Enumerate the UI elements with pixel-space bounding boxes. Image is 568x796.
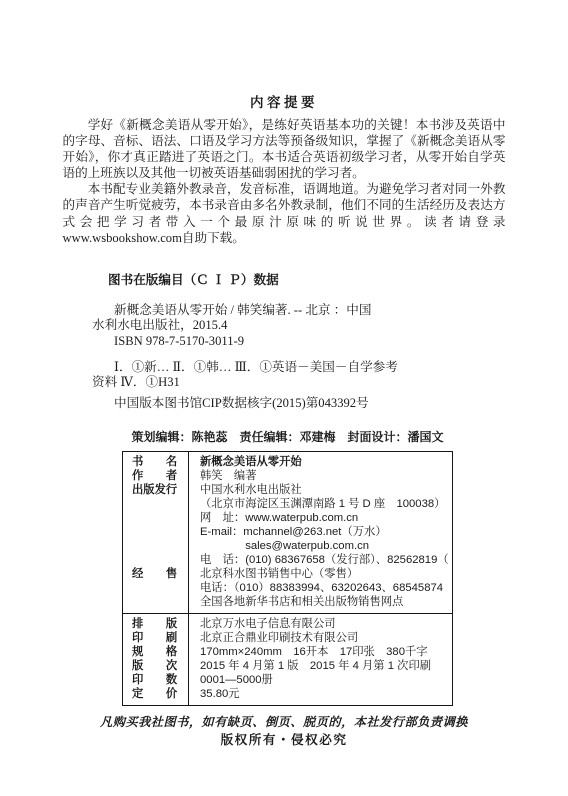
row-value: 北京正合鼎业印刷技术有限公司 xyxy=(188,631,452,645)
row-label: 定 价 xyxy=(123,687,188,701)
row-value: 35.80元 xyxy=(188,687,452,701)
table-row: 作 者韩笑 编著 xyxy=(123,469,452,483)
table-row: 印 刷北京正合鼎业印刷技术有限公司 xyxy=(123,631,452,645)
table-row: 书 名新概念美语从零开始 xyxy=(123,455,452,469)
row-value-line: E-mail：mchannel@263.net（万水） xyxy=(200,525,449,539)
summary-paragraph: 学好《新概念美语从零开始》，是练好英语基本功的关键！本书涉及英语中的字母、音标、… xyxy=(63,117,506,181)
row-label: 经 售 xyxy=(123,567,188,581)
cip-title: 图书在版编目（Ｃ Ｉ Ｐ）数据 xyxy=(108,273,568,287)
row-value-line: （北京市海淀区玉渊潭南路 1 号 D 座 100038） xyxy=(200,497,449,511)
summary-paragraph: 本书配专业美籍外教录音，发音标准，语调地道。为避免学习者对同一外教的声音产生听觉… xyxy=(63,181,506,245)
row-value-line: 170mm×240mm 16开本 17印张 380千字 xyxy=(200,645,449,659)
colophon-table: 书 名新概念美语从零开始作 者韩笑 编著出版发行中国水利水电出版社（北京市海淀区… xyxy=(122,451,453,706)
cip-body: 新概念美语从零开始 / 韩笑编著. -- 北京 ：中国 水利水电出版社，2015… xyxy=(92,303,568,412)
table-row: 规 格170mm×240mm 16开本 17印张 380千字 xyxy=(123,645,452,659)
table-row: 定 价35.80元 xyxy=(123,687,452,701)
table-row: 出版发行中国水利水电出版社（北京市海淀区玉渊潭南路 1 号 D 座 100038… xyxy=(123,483,452,567)
table-row: 排 版北京万水电子信息有限公司 xyxy=(123,617,452,631)
row-value-line: 北京正合鼎业印刷技术有限公司 xyxy=(200,631,449,645)
row-value-line: 电话：（010）88383994、63202643、68545874 xyxy=(200,581,449,595)
row-value-line: 网 址：www.waterpub.com.cn xyxy=(200,511,449,525)
row-value: 中国水利水电出版社（北京市海淀区玉渊潭南路 1 号 D 座 100038）网 址… xyxy=(188,483,452,567)
table-row: 印 数0001—5000册 xyxy=(123,673,452,687)
row-value-line: 北京万水电子信息有限公司 xyxy=(200,617,449,631)
summary-title: 内容提要 xyxy=(0,96,568,110)
row-value: 0001—5000册 xyxy=(188,673,452,687)
row-value: 170mm×240mm 16开本 17印张 380千字 xyxy=(188,645,452,659)
cip-section: 图书在版编目（Ｃ Ｉ Ｐ）数据 新概念美语从零开始 / 韩笑编著. -- 北京 … xyxy=(63,273,568,412)
row-value-line: 全国各地新华书店和相关出版物销售网点 xyxy=(200,595,449,609)
bottom-notice: 凡购买我社图书，如有缺页、倒页、脱页的，本社发行部负责调换 xyxy=(34,715,534,730)
row-value-line: 北京科水图书销售中心（零售） xyxy=(200,567,449,581)
row-label: 印 刷 xyxy=(123,631,188,645)
row-value-line: 韩笑 编著 xyxy=(200,469,449,483)
row-value: 韩笑 编著 xyxy=(188,469,452,483)
row-value-line: 2015 年 4 月第 1 版 2015 年 4 月第 1 次印刷 xyxy=(200,659,449,673)
row-value-line: sales@waterpub.com.cn xyxy=(200,539,449,553)
row-label: 印 数 xyxy=(123,673,188,687)
row-value-line: 35.80元 xyxy=(200,687,449,701)
row-value: 北京万水电子信息有限公司 xyxy=(188,617,452,631)
cip-record-number: 中国版本图书馆CIP数据核字(2015)第043392号 xyxy=(92,396,568,412)
row-label: 出版发行 xyxy=(123,483,188,497)
copyright-page: 内容提要 学好《新概念美语从零开始》，是练好英语基本功的关键！本书涉及英语中的字… xyxy=(0,0,568,796)
row-value-line: 电 话：(010) 68367658（发行部）、82562819（万水） xyxy=(200,553,449,567)
cip-classification-line-2: 资料 Ⅳ．①H31 xyxy=(92,375,568,391)
cip-description-line-1: 新概念美语从零开始 / 韩笑编著. -- 北京 ：中国 xyxy=(92,303,568,319)
row-value: 2015 年 4 月第 1 版 2015 年 4 月第 1 次印刷 xyxy=(188,659,452,673)
colophon-section: 排 版北京万水电子信息有限公司印 刷北京正合鼎业印刷技术有限公司规 格170mm… xyxy=(123,613,452,705)
table-row: 版 次2015 年 4 月第 1 版 2015 年 4 月第 1 次印刷 xyxy=(123,659,452,673)
editors-line: 策划编辑：陈艳蕊 责任编辑：邓建梅 封面设计：潘国文 xyxy=(122,430,453,444)
copyright-notice: 版权所有・侵权必究 xyxy=(0,733,568,748)
colophon-section: 书 名新概念美语从零开始作 者韩笑 编著出版发行中国水利水电出版社（北京市海淀区… xyxy=(123,452,452,613)
row-label: 排 版 xyxy=(123,617,188,631)
row-value-line: 新概念美语从零开始 xyxy=(200,455,449,469)
row-value: 北京科水图书销售中心（零售）电话：（010）88383994、63202643、… xyxy=(188,567,452,609)
row-label: 书 名 xyxy=(123,455,188,469)
row-value-line: 0001—5000册 xyxy=(200,673,449,687)
row-value: 新概念美语从零开始 xyxy=(188,455,452,469)
row-label: 版 次 xyxy=(123,659,188,673)
cip-isbn: ISBN 978-7-5170-3011-9 xyxy=(92,334,568,350)
row-label: 作 者 xyxy=(123,469,188,483)
cip-classification-line-1: Ⅰ．①新… Ⅱ．①韩… Ⅲ．①英语－美国－自学参考 xyxy=(92,360,568,376)
table-column-divider xyxy=(188,452,189,705)
summary-paragraphs: 学好《新概念美语从零开始》，是练好英语基本功的关键！本书涉及英语中的字母、音标、… xyxy=(63,117,506,246)
row-value-line: 中国水利水电出版社 xyxy=(200,483,449,497)
table-row: 经 售北京科水图书销售中心（零售）电话：（010）88383994、632026… xyxy=(123,567,452,609)
cip-description-line-2: 水利水电出版社，2015.4 xyxy=(92,318,568,334)
row-label: 规 格 xyxy=(123,645,188,659)
